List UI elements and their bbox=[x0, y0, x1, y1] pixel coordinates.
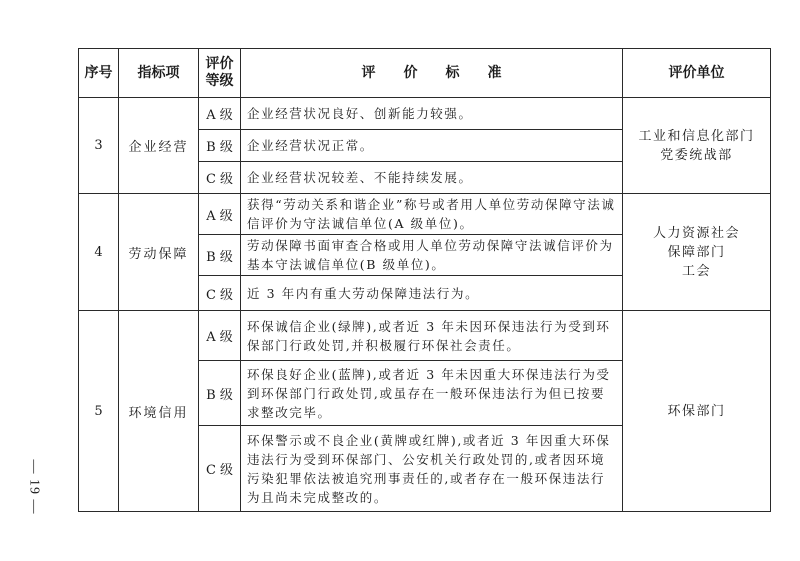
header-unit: 评价单位 bbox=[623, 49, 771, 98]
grade-label: B 级 bbox=[199, 361, 241, 426]
grade-criteria: 近 3 年内有重大劳动保障违法行为。 bbox=[241, 276, 623, 311]
page-number: — 19 — bbox=[18, 452, 48, 522]
grade-label: C 级 bbox=[199, 276, 241, 311]
header-item: 指标项 bbox=[119, 49, 199, 98]
grade-criteria: 企业经营状况正常。 bbox=[241, 130, 623, 162]
row-index: 4 bbox=[79, 194, 119, 311]
grade-criteria: 获得“劳动关系和谐企业”称号或者用人单位劳动保障守法诚信评价为守法诚信单位(A … bbox=[241, 194, 623, 235]
unit-line: 党委统战部 bbox=[623, 146, 770, 165]
row-unit: 工业和信息化部门 党委统战部 bbox=[623, 98, 771, 194]
grade-label: C 级 bbox=[199, 162, 241, 194]
row-index: 3 bbox=[79, 98, 119, 194]
grade-criteria: 环保警示或不良企业(黄牌或红牌),或者近 3 年因重大环保违法行为受到环保部门、… bbox=[241, 426, 623, 512]
grade-label: A 级 bbox=[199, 311, 241, 361]
grade-criteria: 劳动保障书面审查合格或用人单位劳动保障守法诚信评价为基本守法诚信单位(B 级单位… bbox=[241, 235, 623, 276]
header-criteria: 评 价 标 准 bbox=[241, 49, 623, 98]
table-row: 5 环境信用 A 级 环保诚信企业(绿牌),或者近 3 年未因环保违法行为受到环… bbox=[79, 311, 771, 361]
row-unit: 环保部门 bbox=[623, 311, 771, 512]
unit-line: 人力资源社会 bbox=[623, 224, 770, 243]
row-item: 企业经营 bbox=[119, 98, 199, 194]
grade-label: C 级 bbox=[199, 426, 241, 512]
unit-line: 保障部门 bbox=[623, 243, 770, 262]
header-grade: 评价 等级 bbox=[199, 49, 241, 98]
header-grade-line1: 评价 bbox=[199, 56, 240, 73]
grade-criteria: 环保诚信企业(绿牌),或者近 3 年未因环保违法行为受到环保部门行政处罚,并积极… bbox=[241, 311, 623, 361]
grade-label: B 级 bbox=[199, 130, 241, 162]
row-unit: 人力资源社会 保障部门 工会 bbox=[623, 194, 771, 311]
grade-label: B 级 bbox=[199, 235, 241, 276]
unit-line: 工业和信息化部门 bbox=[623, 127, 770, 146]
grade-criteria: 企业经营状况较差、不能持续发展。 bbox=[241, 162, 623, 194]
table-row: 4 劳动保障 A 级 获得“劳动关系和谐企业”称号或者用人单位劳动保障守法诚信评… bbox=[79, 194, 771, 235]
page-number-text: — 19 — bbox=[25, 460, 41, 515]
header-grade-line2: 等级 bbox=[199, 73, 240, 90]
header-index: 序号 bbox=[79, 49, 119, 98]
unit-line: 工会 bbox=[623, 262, 770, 281]
table-row: 3 企业经营 A 级 企业经营状况良好、创新能力较强。 工业和信息化部门 党委统… bbox=[79, 98, 771, 130]
evaluation-table: 序号 指标项 评价 等级 评 价 标 准 评价单位 3 企业经营 A 级 企业经… bbox=[78, 48, 771, 512]
row-item: 劳动保障 bbox=[119, 194, 199, 311]
grade-label: A 级 bbox=[199, 98, 241, 130]
row-item: 环境信用 bbox=[119, 311, 199, 512]
header-row: 序号 指标项 评价 等级 评 价 标 准 评价单位 bbox=[79, 49, 771, 98]
row-index: 5 bbox=[79, 311, 119, 512]
grade-criteria: 环保良好企业(蓝牌),或者近 3 年未因重大环保违法行为受到环保部门行政处罚,或… bbox=[241, 361, 623, 426]
unit-line: 环保部门 bbox=[623, 402, 770, 421]
grade-label: A 级 bbox=[199, 194, 241, 235]
grade-criteria: 企业经营状况良好、创新能力较强。 bbox=[241, 98, 623, 130]
